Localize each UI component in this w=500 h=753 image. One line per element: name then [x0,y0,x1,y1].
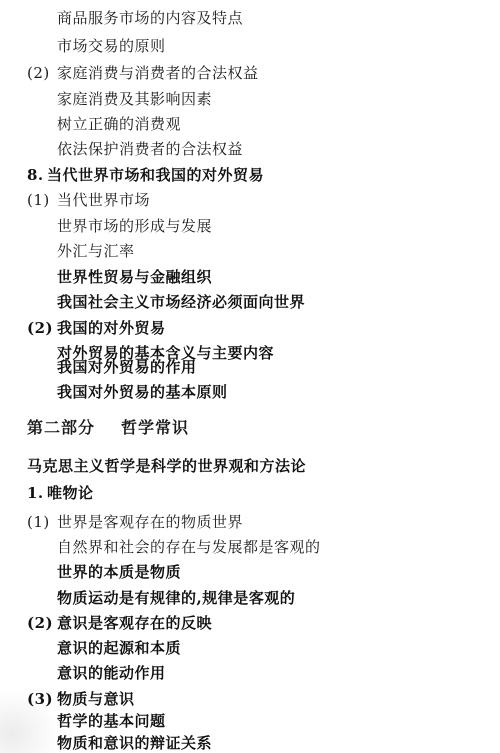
item-text: 物质和意识的辩证关系 [57,734,212,752]
outline-subheading: (1)当代世界市场 [27,191,150,209]
item-number: (2) [27,319,57,337]
item-text: 商品服务市场的内容及特点 [57,9,243,27]
item-text: 我国的对外贸易 [57,319,166,337]
item-text: 意识的能动作用 [57,664,166,682]
item-text: 意识是客观存在的反映 [57,614,212,632]
item-text: 物质与意识 [57,690,135,708]
document-page: 商品服务市场的内容及特点 市场交易的原则 (2)家庭消费与消费者的合法权益 家庭… [0,0,500,753]
item-text: 市场交易的原则 [57,37,166,55]
outline-subheading: (2)意识是客观存在的反映 [27,614,212,632]
item-text: 树立正确的消费观 [57,115,181,133]
item-number: (2) [27,64,57,82]
item-text: 唯物论 [47,484,94,502]
outline-heading: 8.当代世界市场和我国的对外贸易 [27,166,264,184]
item-text: 家庭消费及其影响因素 [57,90,212,108]
section-name: 哲学常识 [121,418,189,437]
outline-item: 世界市场的形成与发展 [57,217,212,235]
item-text: 世界是客观存在的物质世界 [57,513,243,531]
item-text: 我国社会主义市场经济必须面向世界 [57,293,305,311]
outline-item: 外汇与汇率 [57,242,135,260]
item-text: 世界市场的形成与发展 [57,217,212,235]
item-text: 家庭消费与消费者的合法权益 [57,64,259,82]
outline-item: 市场交易的原则 [57,37,166,55]
outline-subheading: (3)物质与意识 [27,690,135,708]
item-text: 我国对外贸易的基本原则 [57,383,228,401]
outline-item: 意识的能动作用 [57,664,166,682]
outline-item: 物质和意识的辩证关系 [57,734,212,752]
item-text: 哲学的基本问题 [57,712,166,730]
outline-item: 意识的起源和本质 [57,639,181,657]
outline-subheading: (2)我国的对外贸易 [27,319,166,337]
outline-item: 树立正确的消费观 [57,115,181,133]
outline-item: 依法保护消费者的合法权益 [57,140,243,158]
item-number: 8. [27,166,47,184]
outline-item: 自然界和社会的存在与发展都是客观的 [57,538,321,556]
outline-heading: 1.唯物论 [27,484,94,502]
item-number: (2) [27,614,57,632]
section-title: 第二部分哲学常识 [27,419,189,437]
item-text: 自然界和社会的存在与发展都是客观的 [57,538,321,556]
item-text: 外汇与汇率 [57,242,135,260]
item-text: 物质运动是有规律的,规律是客观的 [57,589,295,607]
outline-item: 世界性贸易与金融组织 [57,268,212,286]
item-number: 1. [27,484,47,502]
item-text: 世界性贸易与金融组织 [57,268,212,286]
item-number: (1) [27,191,57,209]
outline-subheading: (1)世界是客观存在的物质世界 [27,513,243,531]
outline-item: 我国对外贸易的作用 [57,358,197,376]
outline-item: 哲学的基本问题 [57,712,166,730]
item-text: 依法保护消费者的合法权益 [57,140,243,158]
outline-item: 世界的本质是物质 [57,563,181,581]
outline-item: 物质运动是有规律的,规律是客观的 [57,589,295,607]
item-text: 马克思主义哲学是科学的世界观和方法论 [27,457,306,475]
section-part: 第二部分 [27,418,95,437]
item-text: 意识的起源和本质 [57,639,181,657]
outline-item: 家庭消费及其影响因素 [57,90,212,108]
outline-heading: 马克思主义哲学是科学的世界观和方法论 [27,457,306,475]
item-text: 当代世界市场和我国的对外贸易 [47,166,264,184]
item-text: 当代世界市场 [57,191,150,209]
outline-item: 我国社会主义市场经济必须面向世界 [57,293,305,311]
item-text: 我国对外贸易的作用 [57,358,197,376]
outline-subheading: (2)家庭消费与消费者的合法权益 [27,64,259,82]
item-number: (3) [27,690,57,708]
item-text: 世界的本质是物质 [57,563,181,581]
item-number: (1) [27,513,57,531]
outline-item: 商品服务市场的内容及特点 [57,9,243,27]
outline-item: 我国对外贸易的基本原则 [57,383,228,401]
